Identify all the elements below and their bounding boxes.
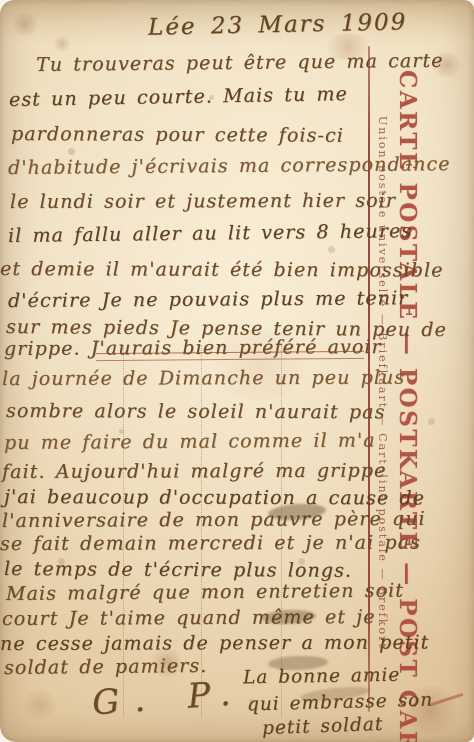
handwriting-line: il ma fallu aller au lit vers 8 heures	[8, 220, 412, 247]
signature-initials: G. P.	[91, 673, 248, 724]
handwriting-line: pardonneras pour cette fois-ci	[11, 123, 344, 147]
closing-line: petit soldat	[262, 714, 384, 739]
handwriting-line: la journée de Dimanche un peu plus	[2, 367, 405, 390]
closing-line: La bonne amie	[243, 665, 401, 689]
handwriting-line: le temps de t'écrire plus longs.	[4, 558, 352, 582]
handwriting-line: est un peu courte. Mais tu me	[9, 83, 348, 111]
stain	[20, 690, 60, 720]
handwriting-line: d'habitude j'écrivais ma correspondance	[8, 153, 451, 179]
stain	[10, 12, 40, 36]
postcard-scan: CARTE POSTALE — POSTKARTE — POST CARD Un…	[0, 0, 474, 742]
handwriting-line: fait. Aujourd'hui malgré ma grippe	[2, 460, 386, 483]
emphasis-underline	[96, 351, 364, 361]
stain	[52, 36, 72, 52]
handwriting-line: court Je t'aime quand même et je	[2, 606, 376, 630]
handwriting-line: l'anniversaire de mon pauvre père qui	[2, 508, 426, 532]
date-line: Lée 23 Mars 1909	[148, 9, 408, 40]
handwriting-line: le lundi soir et justement hier soir	[10, 190, 396, 213]
red-ink-mark	[430, 693, 463, 706]
handwriting-line: se fait demain mercredi et je n'ai pas	[0, 532, 421, 555]
handwriting-line: d'écrire Je ne pouvais plus me tenir	[8, 287, 409, 312]
handwriting-line: Mais malgré que mon entretien soit	[6, 580, 404, 605]
foxing-spots	[0, 0, 3, 3]
handwriting-line: et demie il m'aurait été bien impossible	[0, 258, 444, 282]
handwriting-line: pu me faire du mal comme il m'a	[4, 429, 376, 454]
handwriting-line: soldat de pamiers.	[4, 655, 208, 679]
handwriting-line: ne cesse jamais de penser a mon petit	[0, 632, 429, 655]
handwriting-line: Tu trouveras peut être que ma carte	[36, 50, 444, 76]
handwriting-line: sombre alors le soleil n'aurait pas	[6, 400, 386, 423]
handwriting-line: j'ai beaucoup d'occupation a cause de	[4, 486, 425, 509]
